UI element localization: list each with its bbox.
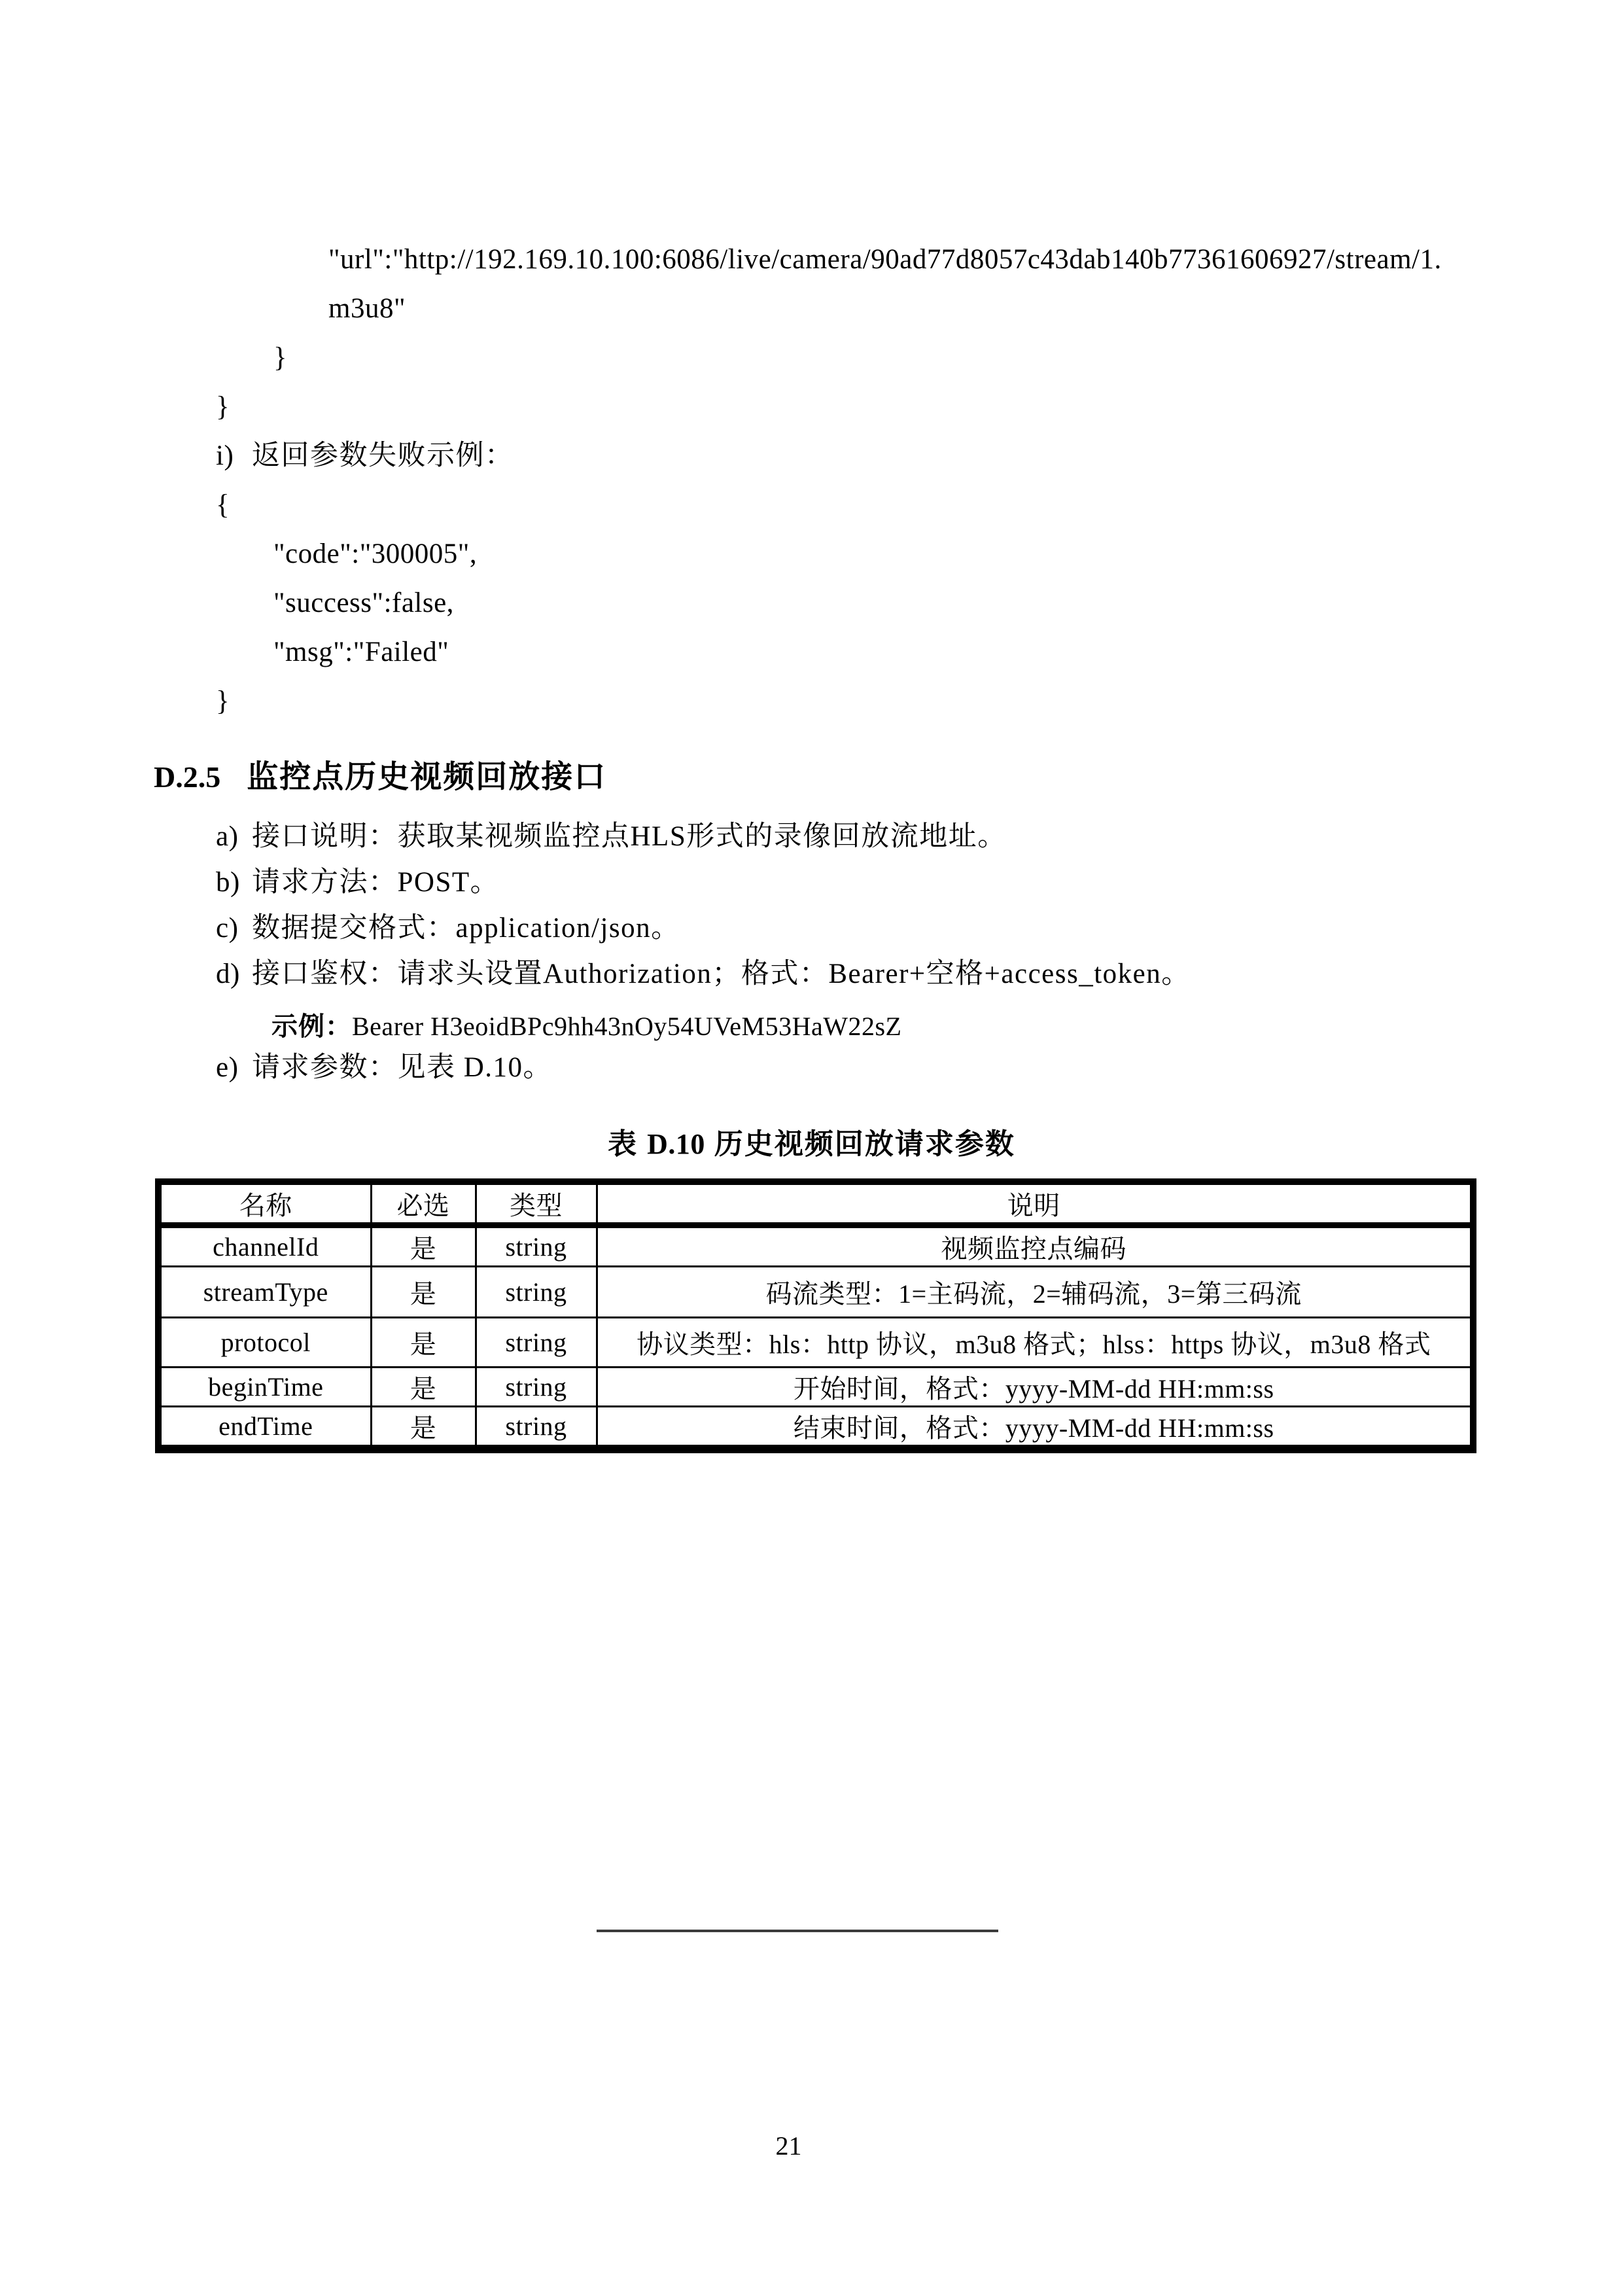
list-item-e-label: e) — [216, 1051, 252, 1084]
list-item-d-text: 接口鉴权：请求头设置Authorization；格式：Bearer+空格+acc… — [252, 959, 1191, 989]
param-description: 码流类型：1=主码流，2=辅码流，3=第三码流 — [597, 1267, 1473, 1318]
param-type: string — [476, 1226, 597, 1267]
param-name: channelId — [158, 1226, 371, 1267]
table-row-begintime: beginTime 是 string 开始时间，格式：yyyy-MM-dd HH… — [158, 1368, 1473, 1407]
document-page: "url":"http://192.169.10.100:6086/live/c… — [0, 0, 1623, 2296]
table-row-channelid: channelId 是 string 视频监控点编码 — [158, 1226, 1473, 1267]
param-description: 结束时间，格式：yyyy-MM-dd HH:mm:ss — [597, 1407, 1473, 1449]
table-header-name: 名称 — [158, 1182, 371, 1226]
example-label: 示例： — [271, 1012, 352, 1041]
param-name: endTime — [158, 1407, 371, 1449]
list-item-c-label: c) — [216, 912, 252, 944]
param-type: string — [476, 1368, 597, 1407]
json-brace-open: { — [216, 489, 230, 521]
json-url-line: "url":"http://192.169.10.100:6086/live/c… — [328, 243, 1442, 275]
table-caption: 表D.10历史视频回放请求参数 — [0, 1120, 1623, 1162]
param-description: 开始时间，格式：yyyy-MM-dd HH:mm:ss — [597, 1368, 1473, 1407]
example-token: Bearer H3eoidBPc9hh43nOy54UVeM53HaW22sZ — [352, 1012, 901, 1041]
section-number: D.2.5 — [154, 760, 220, 794]
list-item-c: c)数据提交格式：application/json。 — [216, 912, 680, 944]
json-msg-line: "msg":"Failed" — [273, 636, 449, 668]
section-title: 监控点历史视频回放接口 — [247, 760, 606, 794]
json-code-line: "code":"300005", — [273, 538, 477, 570]
params-table: 名称 必选 类型 说明 channelId 是 string 视频监控点编码 s… — [155, 1178, 1476, 1453]
param-name: beginTime — [158, 1368, 371, 1407]
param-required: 是 — [371, 1407, 476, 1449]
param-required: 是 — [371, 1318, 476, 1368]
list-item-a-label: a) — [216, 821, 252, 853]
json-success-line: "success":false, — [273, 587, 454, 619]
table-header-description: 说明 — [597, 1182, 1473, 1226]
param-name: streamType — [158, 1267, 371, 1318]
list-item-e: e)请求参数：见表 D.10。 — [216, 1051, 552, 1084]
param-type: string — [476, 1407, 597, 1449]
list-item-i-text: 返回参数失败示例： — [252, 440, 514, 471]
param-required: 是 — [371, 1267, 476, 1318]
param-description: 协议类型：hls：http 协议，m3u8 格式；hlss：https 协议，m… — [597, 1318, 1473, 1368]
param-name: protocol — [158, 1318, 371, 1368]
param-required: 是 — [371, 1368, 476, 1407]
param-description: 视频监控点编码 — [597, 1226, 1473, 1267]
section-heading: D.2.5监控点历史视频回放接口 — [154, 751, 606, 796]
table-caption-number: D.10 — [647, 1128, 705, 1160]
example-line: 示例：Bearer H3eoidBPc9hh43nOy54UVeM53HaW22… — [271, 1006, 901, 1043]
list-item-b-text: 请求方法：POST。 — [252, 867, 499, 898]
table-caption-prefix: 表 — [608, 1128, 638, 1160]
table-header-row: 名称 必选 类型 说明 — [158, 1182, 1473, 1226]
json-brace-close-inner: } — [273, 342, 287, 374]
json-brace-close-outer: } — [216, 391, 230, 423]
list-item-c-text: 数据提交格式：application/json。 — [252, 913, 680, 944]
list-item-d: d)接口鉴权：请求头设置Authorization；格式：Bearer+空格+a… — [216, 958, 1191, 990]
list-item-a-text: 接口说明：获取某视频监控点HLS形式的录像回放流地址。 — [252, 821, 1007, 852]
list-item-b: b)请求方法：POST。 — [216, 866, 499, 898]
table-row-streamtype: streamType 是 string 码流类型：1=主码流，2=辅码流，3=第… — [158, 1267, 1473, 1318]
table-header-required: 必选 — [371, 1182, 476, 1226]
table-row-protocol: protocol 是 string 协议类型：hls：http 协议，m3u8 … — [158, 1318, 1473, 1368]
table-caption-title: 历史视频回放请求参数 — [714, 1128, 1015, 1160]
json-url-line-2: m3u8" — [328, 292, 406, 325]
list-item-b-label: b) — [216, 866, 252, 898]
page-number: 21 — [0, 2130, 1577, 2161]
list-item-d-label: d) — [216, 958, 252, 990]
param-required: 是 — [371, 1226, 476, 1267]
table-header-type: 类型 — [476, 1182, 597, 1226]
table-row-endtime: endTime 是 string 结束时间，格式：yyyy-MM-dd HH:m… — [158, 1407, 1473, 1449]
list-item-i: i)返回参数失败示例： — [216, 440, 514, 472]
list-item-e-text: 请求参数：见表 D.10。 — [252, 1052, 552, 1083]
list-item-i-label: i) — [216, 440, 252, 472]
param-type: string — [476, 1267, 597, 1318]
json-brace-close-end: } — [216, 685, 230, 717]
list-item-a: a)接口说明：获取某视频监控点HLS形式的录像回放流地址。 — [216, 821, 1007, 853]
document-end-rule — [597, 1930, 998, 1932]
param-type: string — [476, 1318, 597, 1368]
